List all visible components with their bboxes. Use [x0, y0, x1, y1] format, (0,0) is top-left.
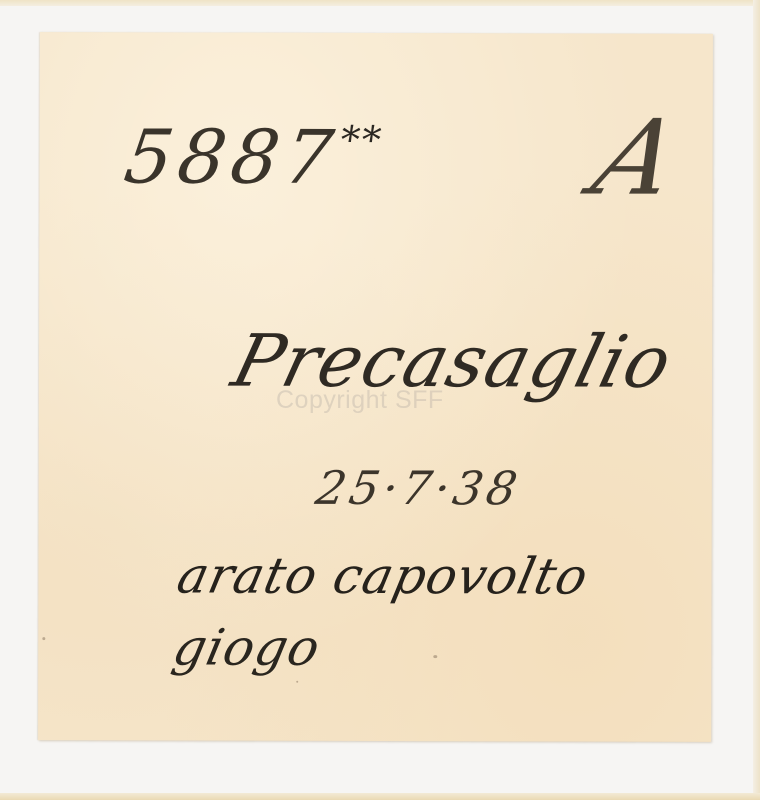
class-letter: A	[583, 106, 692, 210]
top-edge-strip	[0, 0, 760, 6]
note-line-2: giogo	[169, 622, 325, 672]
right-edge-strip	[753, 0, 760, 800]
catalog-number-digits: 5887	[119, 114, 344, 201]
bottom-edge-strip	[0, 793, 760, 800]
note-line-1: arato capovolto	[173, 550, 593, 601]
ink-speck	[433, 655, 437, 658]
catalog-marks: **	[337, 118, 385, 162]
ink-speck	[296, 681, 298, 683]
catalog-number: 5887**	[120, 120, 385, 195]
ink-speck	[42, 637, 45, 640]
copyright-watermark: Copyright SFF	[276, 386, 444, 415]
date: 25·7·38	[313, 465, 525, 512]
